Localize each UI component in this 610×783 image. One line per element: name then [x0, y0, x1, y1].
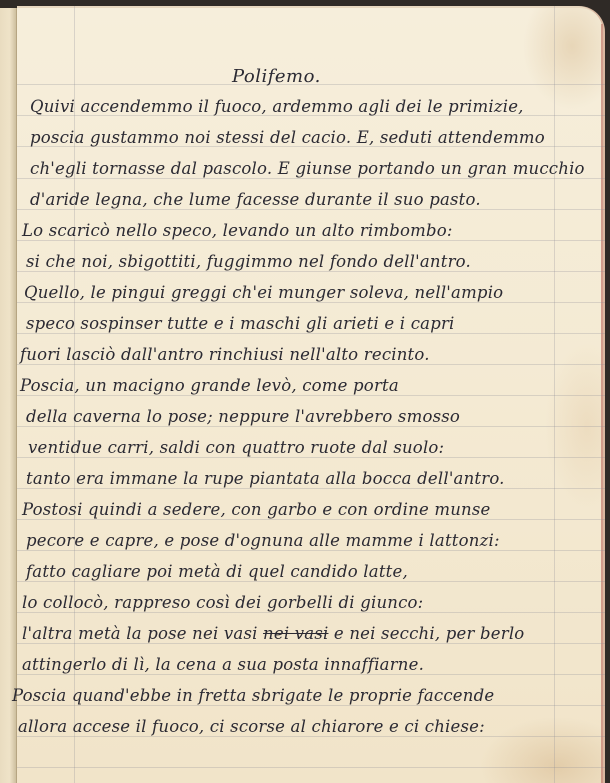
text-fragment: l'altra metà la pose nei vasi — [22, 624, 263, 643]
text-line: speco sospinser tutte e i maschi gli ari… — [26, 314, 455, 333]
text-line: Lo scaricò nello speco, levando un alto … — [22, 221, 453, 240]
text-line: lo collocò, rappreso così dei gorbelli d… — [22, 593, 423, 612]
text-line: fuori lasciò dall'antro rinchiusi nell'a… — [20, 345, 430, 364]
text-line: della caverna lo pose; neppure l'avrebbe… — [26, 407, 460, 426]
text-line: pecore e capre, e pose d'ognuna alle mam… — [26, 531, 500, 550]
text-line: Poscia quand'ebbe in fretta sbrigate le … — [12, 686, 494, 705]
page-title: Polifemo. — [232, 66, 321, 87]
text-line: Postosi quindi a sedere, con garbo e con… — [22, 500, 491, 519]
handwritten-text: Polifemo. Quivi accendemmo il fuoco, ard… — [17, 6, 605, 783]
text-line: Quivi accendemmo il fuoco, ardemmo agli … — [30, 97, 524, 116]
text-line: l'altra metà la pose nei vasi nei vasi e… — [22, 624, 524, 643]
text-fragment: e nei secchi, per berlo — [328, 624, 524, 643]
text-line: ch'egli tornasse dal pascolo. E giunse p… — [30, 159, 585, 178]
text-line: d'aride legna, che lume facesse durante … — [30, 190, 481, 209]
text-line: fatto cagliare poi metà di quel candido … — [26, 562, 408, 581]
notebook-scan: Polifemo. Quivi accendemmo il fuoco, ard… — [0, 0, 610, 783]
text-line: poscia gustammo noi stessi del cacio. E,… — [30, 128, 545, 147]
text-line: allora accese il fuoco, ci scorse al chi… — [18, 717, 485, 736]
text-line: Poscia, un macigno grande levò, come por… — [20, 376, 399, 395]
text-line: ventidue carri, saldi con quattro ruote … — [28, 438, 444, 457]
text-line: attingerlo di lì, la cena a sua posta in… — [22, 655, 424, 674]
notebook-page: Polifemo. Quivi accendemmo il fuoco, ard… — [17, 6, 605, 783]
text-line: Quello, le pingui greggi ch'ei munger so… — [24, 283, 503, 302]
struck-text: nei vasi — [263, 624, 328, 643]
text-line: tanto era immane la rupe piantata alla b… — [26, 469, 505, 488]
text-line: si che noi, sbigottiti, fuggimmo nel fon… — [26, 252, 471, 271]
previous-page-edge — [0, 8, 17, 783]
